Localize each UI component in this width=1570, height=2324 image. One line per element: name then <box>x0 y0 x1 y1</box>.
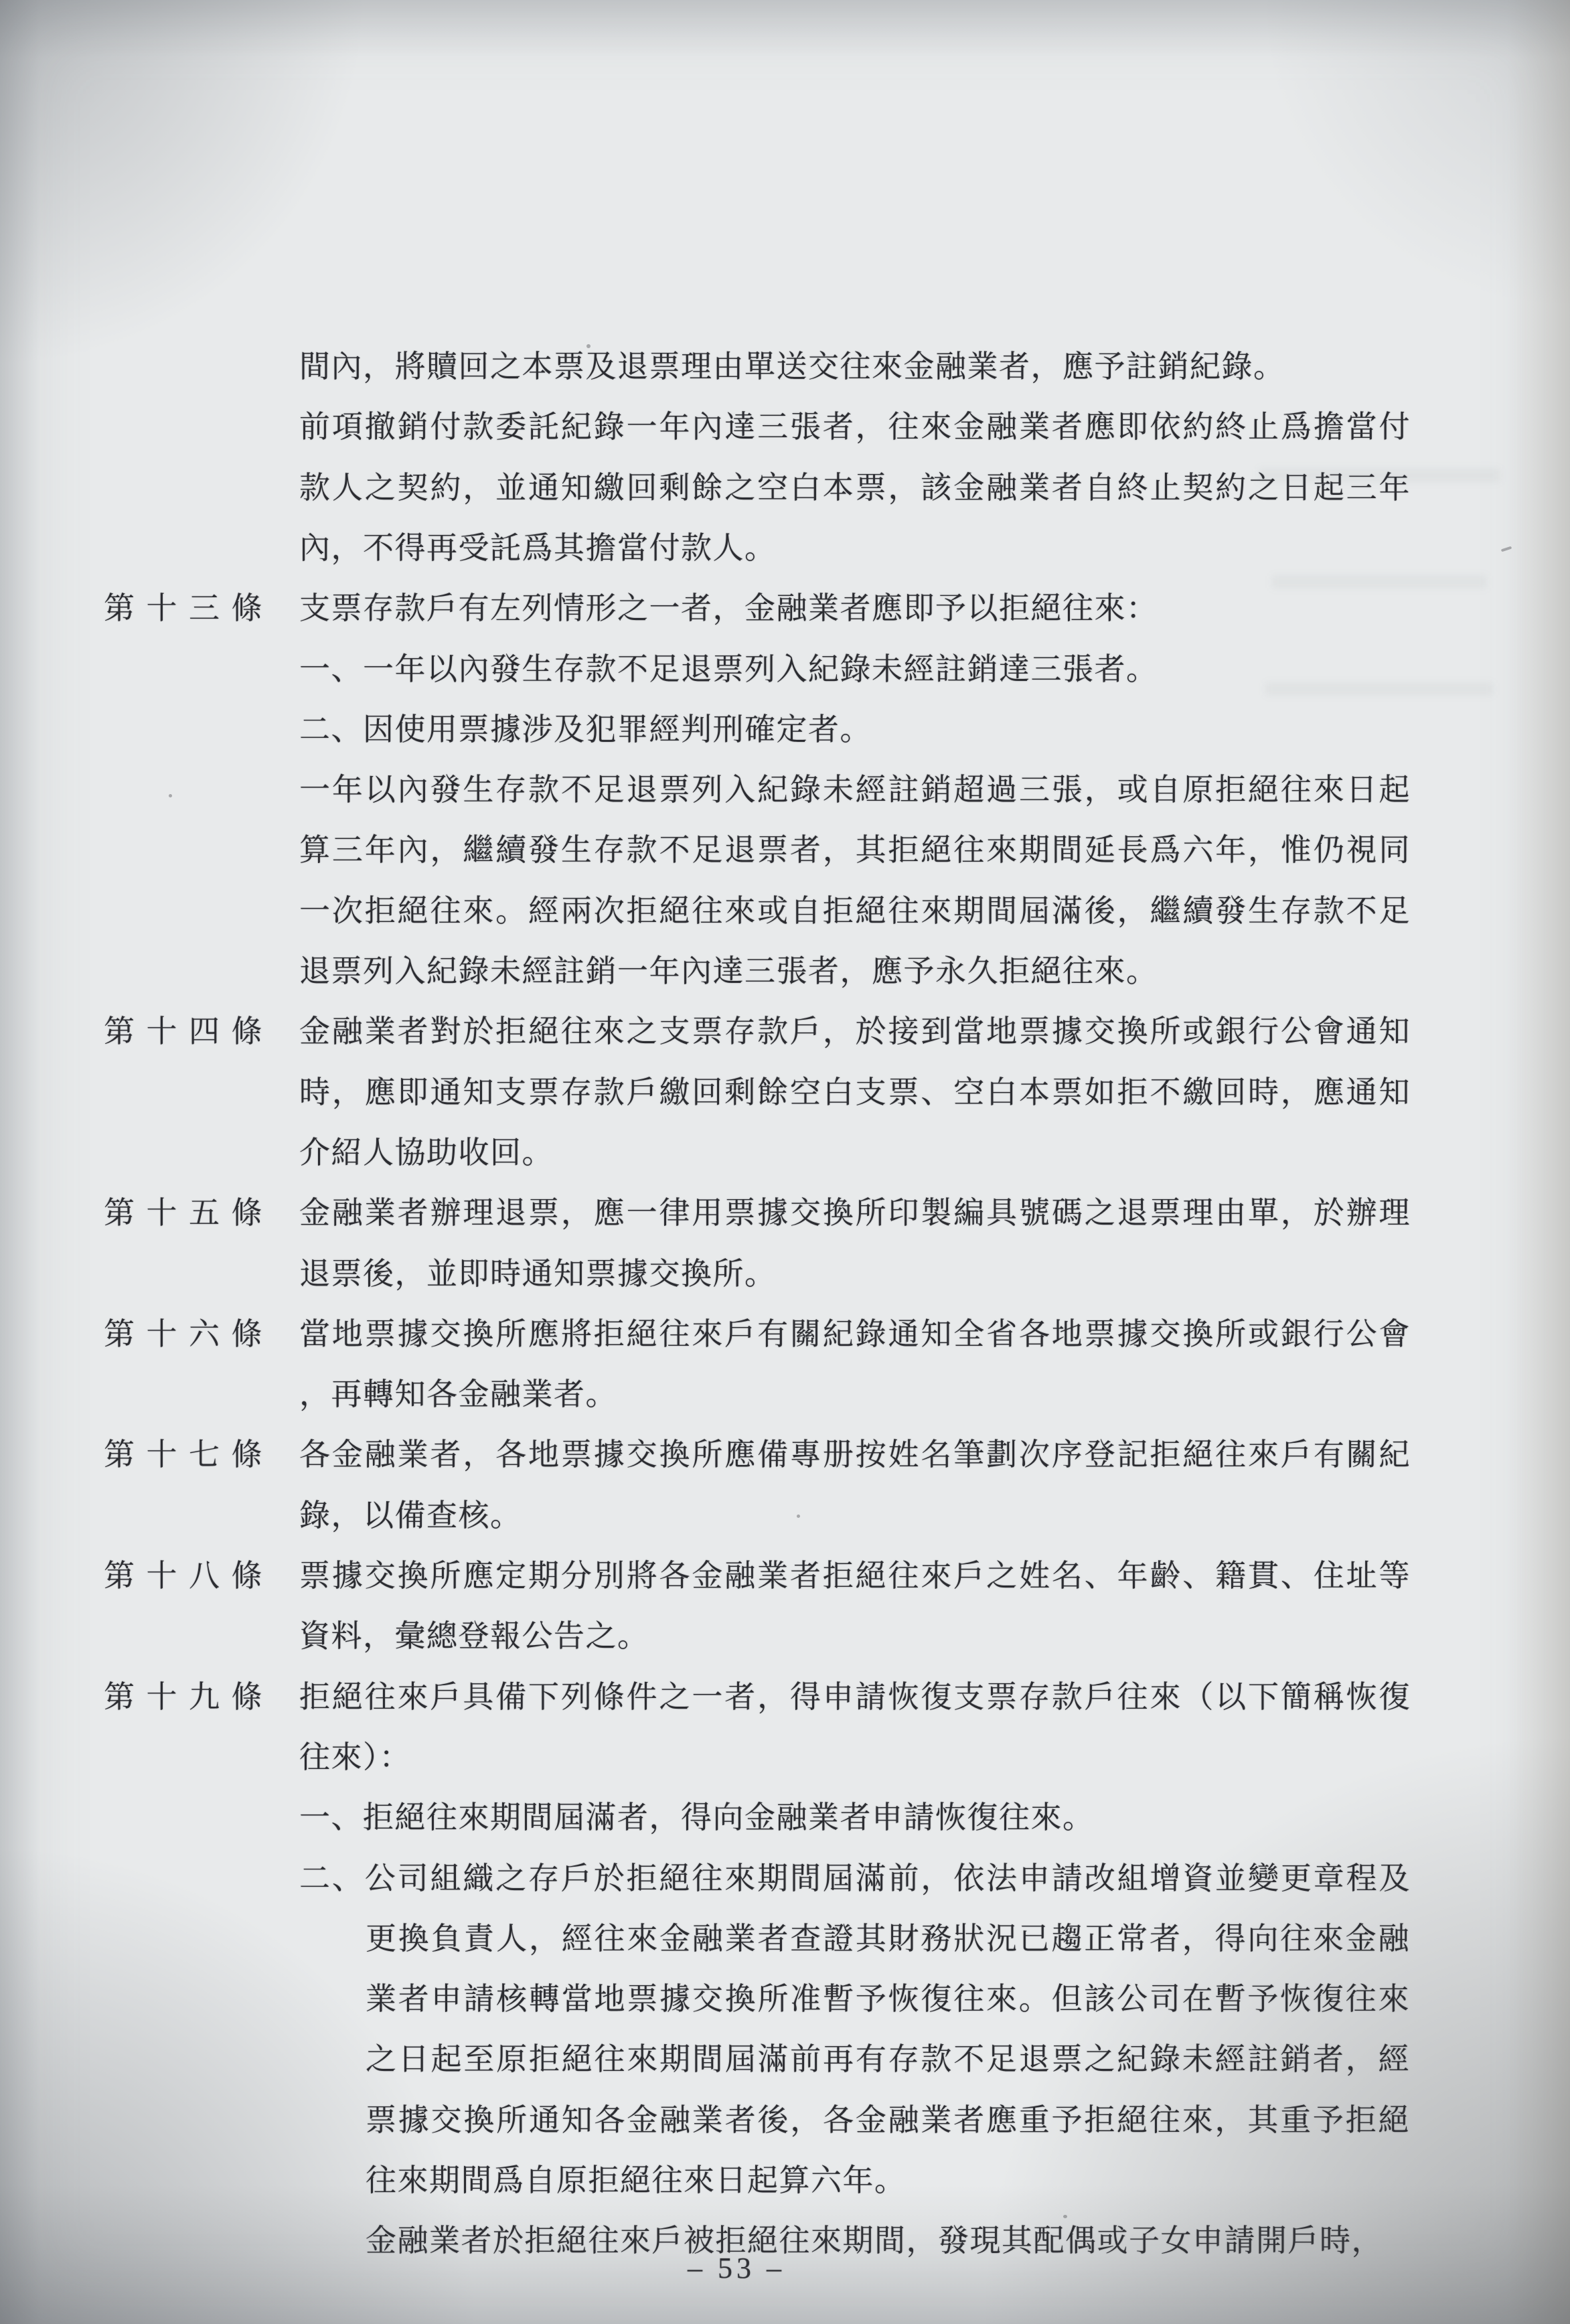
page-number: – 53 – <box>688 2251 785 2285</box>
line-text: 票據交換所通知各金融業者後，各金融業者應重予拒絕往來，其重予拒絕 <box>366 2103 1410 2137</box>
line-text: 間內，將贖回之本票及退票理由單送交往來金融業者，應予註銷紀錄。 <box>299 350 1285 384</box>
line-text: 拒絕往來戶具備下列條件之一者，得申請恢復支票存款戶往來（以下簡稱恢復 <box>299 1680 1411 1714</box>
line-text: 各金融業者，各地票據交換所應備專册按姓名筆劃次序登記拒絕往來戶有關紀 <box>299 1438 1411 1472</box>
text-line: 一次拒絕往來。經兩次拒絕往來或自拒絕往來期間屆滿後，繼續發生存款不足 <box>299 893 1411 930</box>
text-line: 錄，以備查核。 <box>299 1497 1411 1535</box>
text-line: 前項撤銷付款委託紀錄一年內達三張者，往來金融業者應即依約終止爲擔當付 <box>299 408 1411 446</box>
article-number-label: 第十四條 <box>104 1013 263 1051</box>
article-number-label: 第十五條 <box>104 1194 263 1232</box>
line-text: 介紹人協助收回。 <box>299 1136 554 1170</box>
line-text: 一、拒絕往來期間屆滿者，得向金融業者申請恢復往來。 <box>299 1800 1095 1835</box>
text-line: 款人之契約，並通知繳回剩餘之空白本票，該金融業者自終止契約之日起三年 <box>299 469 1411 507</box>
line-text: ，再轉知各金融業者。 <box>299 1377 617 1411</box>
line-text: 錄，以備查核。 <box>299 1498 522 1533</box>
article-line: 第十六條當地票據交換所應將拒絕往來戶有關紀錄通知全省各地票據交換所或銀行公會 <box>299 1316 1411 1353</box>
line-text: 之日起至原拒絕往來期間屆滿前再有存款不足退票之紀錄未經註銷者，經 <box>366 2042 1410 2076</box>
text-line: 退票後，並即時通知票據交換所。 <box>299 1255 1411 1293</box>
text-line: 二、公司組織之存戶於拒絕往來期間屆滿前，依法申請改組增資並變更章程及 <box>299 1860 1411 1897</box>
article-line: 第十三條支票存款戶有左列情形之一者，金融業者應即予以拒絕往來： <box>299 590 1411 627</box>
article-number-label: 第十六條 <box>104 1316 263 1353</box>
line-text: 時，應即通知支票存款戶繳回剩餘空白支票、空白本票如拒不繳回時，應通知 <box>299 1075 1411 1109</box>
line-text: 二、公司組織之存戶於拒絕往來期間屆滿前，依法申請改組增資並變更章程及 <box>299 1861 1411 1895</box>
line-text: 算三年內，繼續發生存款不足退票者，其拒絕往來期間延長爲六年，惟仍視同 <box>299 833 1411 867</box>
line-text: 內，不得再受託爲其擔當付款人。 <box>299 531 777 565</box>
text-line: 二、因使用票據涉及犯罪經判刑確定者。 <box>299 711 1411 749</box>
line-text: 一年以內發生存款不足退票列入紀錄未經註銷超過三張，或自原拒絕往來日起 <box>299 773 1411 807</box>
line-text: 當地票據交換所應將拒絕往來戶有關紀錄通知全省各地票據交換所或銀行公會 <box>299 1317 1411 1351</box>
line-text: 一、一年以內發生存款不足退票列入紀錄未經註銷達三張者。 <box>299 652 1158 686</box>
line-text: 一次拒絕往來。經兩次拒絕往來或自拒絕往來期間屆滿後，繼續發生存款不足 <box>299 894 1411 928</box>
article-number-label: 第十九條 <box>104 1679 263 1716</box>
text-line: 更換負責人，經往來金融業者查證其財務狀況已趨正常者，得向往來金融 <box>366 1920 1410 1958</box>
line-text: 業者申請核轉當地票據交換所准暫予恢復往來。但該公司在暫予恢復往來 <box>366 1982 1410 2016</box>
line-text: 資料，彙總登報公告之。 <box>299 1619 649 1653</box>
article-line: 第十八條票據交換所應定期分別將各金融業者拒絕往來戶之姓名、年齡、籍貫、住址等 <box>299 1557 1411 1595</box>
article-line: 第十七條各金融業者，各地票據交換所應備專册按姓名筆劃次序登記拒絕往來戶有關紀 <box>299 1436 1411 1474</box>
text-line: 往來）： <box>299 1739 1411 1776</box>
article-line: 第十四條金融業者對於拒絕往來之支票存款戶，於接到當地票據交換所或銀行公會通知 <box>299 1013 1411 1051</box>
line-text: 往來）： <box>299 1740 411 1774</box>
line-text: 退票列入紀錄未經註銷一年內達三張者，應予永久拒絕往來。 <box>299 954 1158 988</box>
article-number-label: 第十七條 <box>104 1436 263 1474</box>
text-line: 一、一年以內發生存款不足退票列入紀錄未經註銷達三張者。 <box>299 651 1411 688</box>
text-line: 一、拒絕往來期間屆滿者，得向金融業者申請恢復往來。 <box>299 1799 1411 1837</box>
text-line: 時，應即通知支票存款戶繳回剩餘空白支票、空白本票如拒不繳回時，應通知 <box>299 1074 1411 1111</box>
text-line: 退票列入紀錄未經註銷一年內達三張者，應予永久拒絕往來。 <box>299 953 1411 990</box>
line-text: 票據交換所應定期分別將各金融業者拒絕往來戶之姓名、年齡、籍貫、住址等 <box>299 1559 1411 1593</box>
text-line: 介紹人協助收回。 <box>299 1134 1411 1172</box>
text-line: 業者申請核轉當地票據交換所准暫予恢復往來。但該公司在暫予恢復往來 <box>366 1981 1410 2018</box>
text-line: 間內，將贖回之本票及退票理由單送交往來金融業者，應予註銷紀錄。 <box>299 348 1411 386</box>
article-line: 第十五條金融業者辦理退票，應一律用票據交換所印製編具號碼之退票理由單，於辦理 <box>299 1194 1411 1232</box>
line-text: 二、因使用票據涉及犯罪經判刑確定者。 <box>299 712 872 747</box>
line-text: 退票後，並即時通知票據交換所。 <box>299 1257 777 1291</box>
text-line: 算三年內，繼續發生存款不足退票者，其拒絕往來期間延長爲六年，惟仍視同 <box>299 832 1411 869</box>
line-text: 金融業者對於拒絕往來之支票存款戶，於接到當地票據交換所或銀行公會通知 <box>299 1014 1411 1049</box>
line-text: 往來期間爲自原拒絕往來日起算六年。 <box>366 2163 907 2197</box>
line-text: 金融業者辦理退票，應一律用票據交換所印製編具號碼之退票理由單，於辦理 <box>299 1196 1411 1230</box>
article-line: 第十九條拒絕往來戶具備下列條件之一者，得申請恢復支票存款戶往來（以下簡稱恢復 <box>299 1679 1411 1716</box>
text-line: 資料，彙總登報公告之。 <box>299 1618 1411 1655</box>
text-line: 內，不得再受託爲其擔當付款人。 <box>299 530 1411 567</box>
text-line: 票據交換所通知各金融業者後，各金融業者應重予拒絕往來，其重予拒絕 <box>366 2102 1410 2139</box>
article-number-label: 第十三條 <box>104 590 263 627</box>
line-text: 前項撤銷付款委託紀錄一年內達三張者，往來金融業者應即依約終止爲擔當付 <box>299 410 1411 444</box>
text-line: 往來期間爲自原拒絕往來日起算六年。 <box>366 2162 1410 2199</box>
scanned-document-page: 間內，將贖回之本票及退票理由單送交往來金融業者，應予註銷紀錄。前項撤銷付款委託紀… <box>0 0 1570 2324</box>
text-line: 一年以內發生存款不足退票列入紀錄未經註銷超過三張，或自原拒絕往來日起 <box>299 771 1411 809</box>
article-number-label: 第十八條 <box>104 1557 263 1595</box>
text-line: 之日起至原拒絕往來期間屆滿前再有存款不足退票之紀錄未經註銷者，經 <box>366 2041 1410 2078</box>
line-text: 款人之契約，並通知繳回剩餘之空白本票，該金融業者自終止契約之日起三年 <box>299 471 1411 505</box>
line-text: 支票存款戶有左列情形之一者，金融業者應即予以拒絕往來： <box>299 591 1158 625</box>
document-body: 間內，將贖回之本票及退票理由單送交往來金融業者，應予註銷紀錄。前項撤銷付款委託紀… <box>0 0 1570 2324</box>
text-line: 金融業者於拒絕往來戶被拒絕往來期間，發現其配偶或子女申請開戶時， <box>366 2222 1410 2260</box>
line-text: 更換負責人，經往來金融業者查證其財務狀況已趨正常者，得向往來金融 <box>366 1922 1410 1956</box>
line-text: 金融業者於拒絕往來戶被拒絕往來期間，發現其配偶或子女申請開戶時， <box>366 2224 1383 2258</box>
text-line: ，再轉知各金融業者。 <box>299 1376 1411 1413</box>
